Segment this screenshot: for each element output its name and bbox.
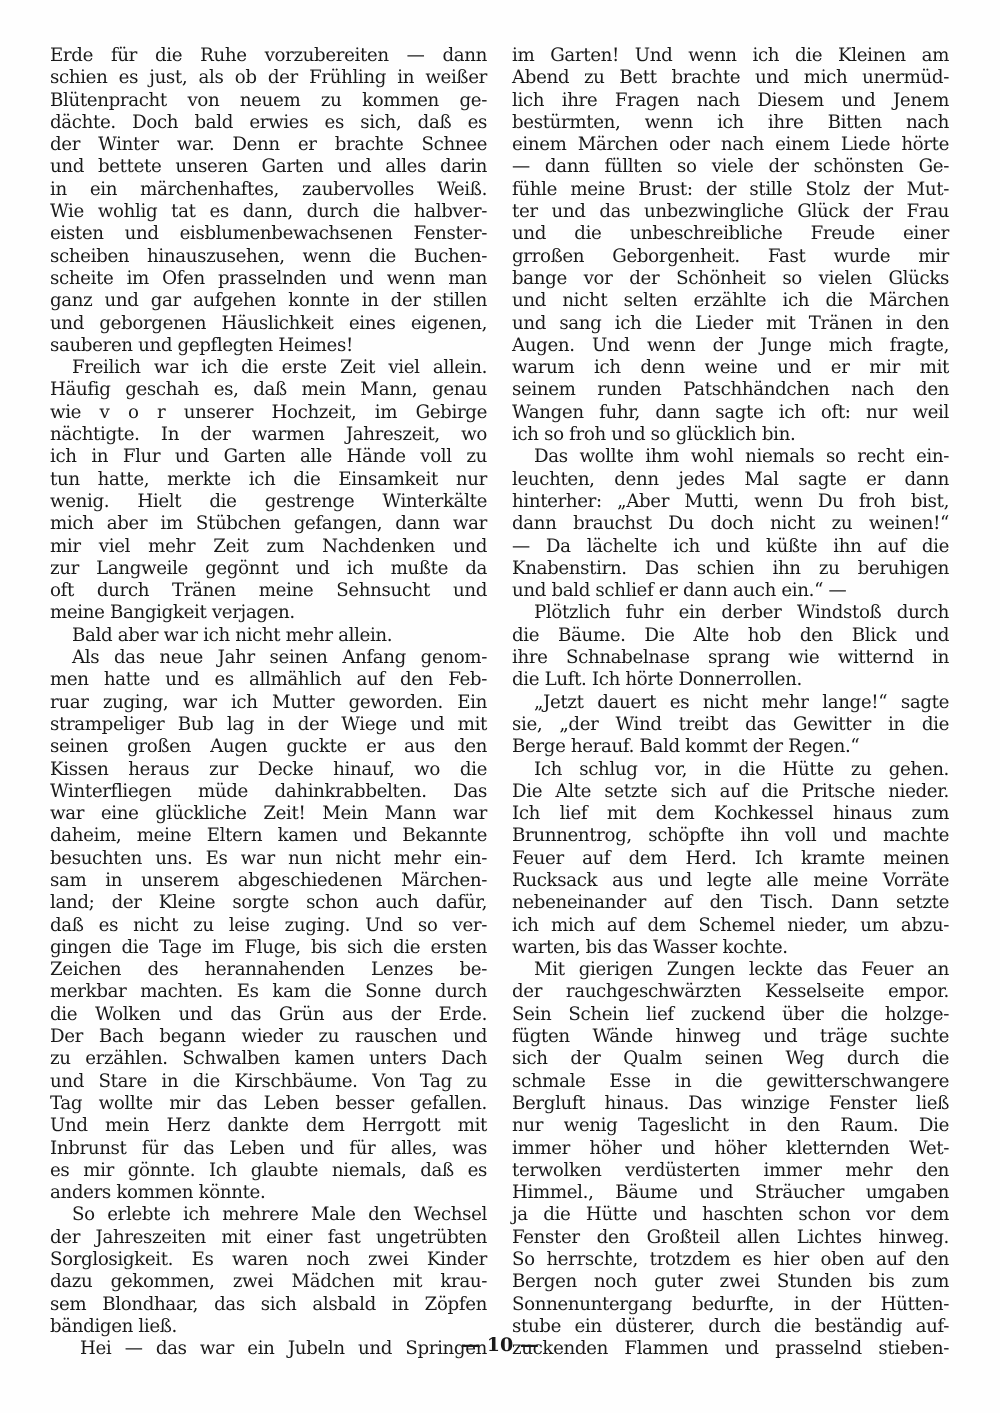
text-line: Plötzlich fuhr ein derber Windstoß durch	[512, 602, 949, 624]
text-line: dazu gekommen, zwei Mädchen mit krau-	[50, 1271, 487, 1293]
text-line: nebeneinander auf den Tisch. Dann setzte	[512, 892, 949, 914]
text-line: Himmel., Bäume und Sträucher umgaben	[512, 1182, 949, 1204]
text-line: sem Blondhaar, das sich alsbald in Zöpfe…	[50, 1294, 487, 1316]
book-page: Erde für die Ruhe vorzubereiten — dannsc…	[0, 0, 1000, 1413]
text-line: Sonnenuntergang bedurfte, in der Hütten-	[512, 1294, 949, 1316]
text-line: bestürmten, wenn ich ihre Bitten nach	[512, 112, 949, 134]
text-line: ganz und gar aufgehen konnte in der stil…	[50, 290, 487, 312]
text-line: Bergluft hinaus. Das winzige Fenster lie…	[512, 1093, 949, 1115]
text-line: dächte. Doch bald erwies es sich, daß es	[50, 112, 487, 134]
text-line: in ein märchenhaftes, zaubervolles Weiß.	[50, 179, 487, 201]
text-line: und die unbeschreibliche Freude einer	[512, 223, 949, 245]
text-line: mich aber im Stübchen gefangen, dann war	[50, 513, 487, 535]
text-line: sie, „der Wind treibt das Gewitter in di…	[512, 714, 949, 736]
left-text-column: Erde für die Ruhe vorzubereiten — dannsc…	[50, 45, 487, 1361]
text-line: Augen. Und wenn der Junge mich fragte,	[512, 335, 949, 357]
text-line: zu erzählen. Schwalben kamen unters Dach	[50, 1048, 487, 1070]
text-line: meine Bangigkeit verjagen.	[50, 602, 487, 624]
text-line: Der Bach begann wieder zu rauschen und	[50, 1026, 487, 1048]
text-line: warum ich denn weine und er mir mit	[512, 357, 949, 379]
text-line: Und mein Herz dankte dem Herrgott mit	[50, 1115, 487, 1137]
text-line: ich in Flur und Garten alle Hände voll z…	[50, 446, 487, 468]
text-line: men hatte und es allmählich auf den Feb-	[50, 669, 487, 691]
text-line: Abend zu Bett brachte und mich unermüd-	[512, 67, 949, 89]
text-line: der Winter war. Denn er brachte Schnee	[50, 134, 487, 156]
text-line: fühle meine Brust: der stille Stolz der …	[512, 179, 949, 201]
text-line: warten, bis das Wasser kochte.	[512, 937, 949, 959]
right-text-column: im Garten! Und wenn ich die Kleinen amAb…	[512, 45, 949, 1361]
text-line: Wie wohlig tat es dann, durch die halbve…	[50, 201, 487, 223]
page-number: — 10 —	[0, 1334, 1000, 1356]
text-line: So erlebte ich mehrere Male den Wechsel	[50, 1204, 487, 1226]
text-line: „Jetzt dauert es nicht mehr lange!“ sagt…	[512, 692, 949, 714]
text-line: schmale Esse in die gewitterschwangere	[512, 1071, 949, 1093]
text-line: ter und das unbezwingliche Glück der Fra…	[512, 201, 949, 223]
text-line: und geborgenen Häuslichkeit eines eigene…	[50, 313, 487, 335]
text-line: der rauchgeschwärzten Kesselseite empor.	[512, 981, 949, 1003]
text-line: Kissen heraus zur Decke hinauf, wo die	[50, 759, 487, 781]
text-line: Tag wollte mir das Leben besser gefallen…	[50, 1093, 487, 1115]
text-line: Berge herauf. Bald kommt der Regen.“	[512, 736, 949, 758]
text-line: und bald schlief er dann auch ein.“ —	[512, 580, 949, 602]
text-line: Sorglosigkeit. Es waren noch zwei Kinder	[50, 1249, 487, 1271]
text-line: bange vor der Schönheit so vielen Glücks	[512, 268, 949, 290]
text-line: — Da lächelte ich und küßte ihn auf die	[512, 536, 949, 558]
text-line: Das wollte ihm wohl niemals so recht ein…	[512, 446, 949, 468]
text-line: und Stare in die Kirschbäume. Von Tag zu	[50, 1071, 487, 1093]
text-line: Als das neue Jahr seinen Anfang genom-	[50, 647, 487, 669]
text-line: Häufig geschah es, daß mein Mann, genau	[50, 379, 487, 401]
text-line: hinterher: „Aber Mutti, wenn Du froh bis…	[512, 491, 949, 513]
text-line: Fenster den Großteil allen Lichtes hinwe…	[512, 1227, 949, 1249]
text-line: merkbar machten. Es kam die Sonne durch	[50, 981, 487, 1003]
text-line: sich der Qualm seinen Weg durch die	[512, 1048, 949, 1070]
text-line: fügten Wände hinweg und träge suchte	[512, 1026, 949, 1048]
text-line: ruar zuging, war ich Mutter geworden. Ei…	[50, 692, 487, 714]
text-line: Mit gierigen Zungen leckte das Feuer an	[512, 959, 949, 981]
text-line: grroßen Geborgenheit. Fast wurde mir	[512, 246, 949, 268]
text-line: Brunnentrog, schöpfte ihn voll und macht…	[512, 825, 949, 847]
text-line: schien es just, als ob der Frühling in w…	[50, 67, 487, 89]
text-line: sauberen und gepflegten Heimes!	[50, 335, 487, 357]
text-line: die Luft. Ich hörte Donnerrollen.	[512, 669, 949, 691]
text-line: leuchten, denn jedes Mal sagte er dann	[512, 469, 949, 491]
text-line: nächtigte. In der warmen Jahreszeit, wo	[50, 424, 487, 446]
text-line: im Garten! Und wenn ich die Kleinen am	[512, 45, 949, 67]
text-line: So herrschte, trotzdem es hier oben auf …	[512, 1249, 949, 1271]
text-line: zur Langweile gegönnt und ich mußte da	[50, 558, 487, 580]
text-line: anders kommen könnte.	[50, 1182, 487, 1204]
text-line: einem Märchen oder nach einem Liede hört…	[512, 134, 949, 156]
text-line: immer höher und höher kletternden Wet-	[512, 1138, 949, 1160]
text-line: ich so froh und so glücklich bin.	[512, 424, 949, 446]
text-line: Wangen fuhr, dann sagte ich oft: nur wei…	[512, 402, 949, 424]
text-line: Winterfliegen müde dahinkrabbelten. Das	[50, 781, 487, 803]
text-line: Bergen noch guter zwei Stunden bis zum	[512, 1271, 949, 1293]
text-line: Freilich war ich die erste Zeit viel all…	[50, 357, 487, 379]
text-line: — dann füllten so viele der schönsten Ge…	[512, 156, 949, 178]
text-line: oft durch Tränen meine Sehnsucht und	[50, 580, 487, 602]
text-line: es mir gönnte. Ich glaubte niemals, daß …	[50, 1160, 487, 1182]
text-line: land; der Kleine sorgte schon auch dafür…	[50, 892, 487, 914]
text-line: Bald aber war ich nicht mehr allein.	[50, 625, 487, 647]
text-line: ihre Schnabelnase sprang wie witternd in	[512, 647, 949, 669]
text-line: scheiben hinauszusehen, wenn die Buchen-	[50, 246, 487, 268]
text-line: sam in unserem abgeschiedenen Märchen-	[50, 870, 487, 892]
text-line: Blütenpracht von neuem zu kommen ge-	[50, 90, 487, 112]
text-line: scheite im Ofen prasselnden und wenn man	[50, 268, 487, 290]
text-line: Sein Schein lief zuckend über die holzge…	[512, 1004, 949, 1026]
text-line: wie v o r unserer Hochzeit, im Gebirge	[50, 402, 487, 424]
text-line: Zeichen des herannahenden Lenzes be-	[50, 959, 487, 981]
text-line: gingen die Tage im Fluge, bis sich die e…	[50, 937, 487, 959]
text-line: nur wenig Tageslicht in den Raum. Die	[512, 1115, 949, 1137]
text-line: eisten und eisblumenbewachsenen Fenster-	[50, 223, 487, 245]
text-line: besuchten uns. Es war nun nicht mehr ein…	[50, 848, 487, 870]
text-line: daß es nicht zu leise zuging. Und so ver…	[50, 915, 487, 937]
text-line: und bettete unseren Garten und alles dar…	[50, 156, 487, 178]
text-line: der Jahreszeiten mit einer fast ungetrüb…	[50, 1227, 487, 1249]
text-line: die Wolken und das Grün aus der Erde.	[50, 1004, 487, 1026]
text-line: tun hatte, merkte ich die Einsamkeit nur	[50, 469, 487, 491]
text-line: strampeliger Bub lag in der Wiege und mi…	[50, 714, 487, 736]
text-line: Ich schlug vor, in die Hütte zu gehen.	[512, 759, 949, 781]
text-line: ja die Hütte und haschten schon vor dem	[512, 1204, 949, 1226]
text-line: seinem runden Patschhändchen nach den	[512, 379, 949, 401]
text-line: die Bäume. Die Alte hob den Blick und	[512, 625, 949, 647]
text-line: daheim, meine Eltern kamen und Bekannte	[50, 825, 487, 847]
text-line: lich ihre Fragen nach Diesem und Jenem	[512, 90, 949, 112]
text-line: war eine glückliche Zeit! Mein Mann war	[50, 803, 487, 825]
text-line: wenig. Hielt die gestrenge Winterkälte	[50, 491, 487, 513]
text-line: Knabenstirn. Das schien ihn zu beruhigen	[512, 558, 949, 580]
text-line: Rucksack aus und legte alle meine Vorrät…	[512, 870, 949, 892]
text-line: seinen großen Augen guckte er aus den	[50, 736, 487, 758]
text-line: und nicht selten erzählte ich die Märche…	[512, 290, 949, 312]
text-line: Inbrunst für das Leben und für alles, wa…	[50, 1138, 487, 1160]
text-line: terwolken verdüsterten immer mehr den	[512, 1160, 949, 1182]
text-line: Die Alte setzte sich auf die Pritsche ni…	[512, 781, 949, 803]
text-line: Erde für die Ruhe vorzubereiten — dann	[50, 45, 487, 67]
text-line: ich mich auf dem Schemel nieder, um abzu…	[512, 915, 949, 937]
text-line: und sang ich die Lieder mit Tränen in de…	[512, 313, 949, 335]
text-line: Feuer auf dem Herd. Ich kramte meinen	[512, 848, 949, 870]
text-line: Ich lief mit dem Kochkessel hinaus zum	[512, 803, 949, 825]
text-line: mir viel mehr Zeit zum Nachdenken und	[50, 536, 487, 558]
text-line: dann brauchst Du doch nicht zu weinen!“	[512, 513, 949, 535]
